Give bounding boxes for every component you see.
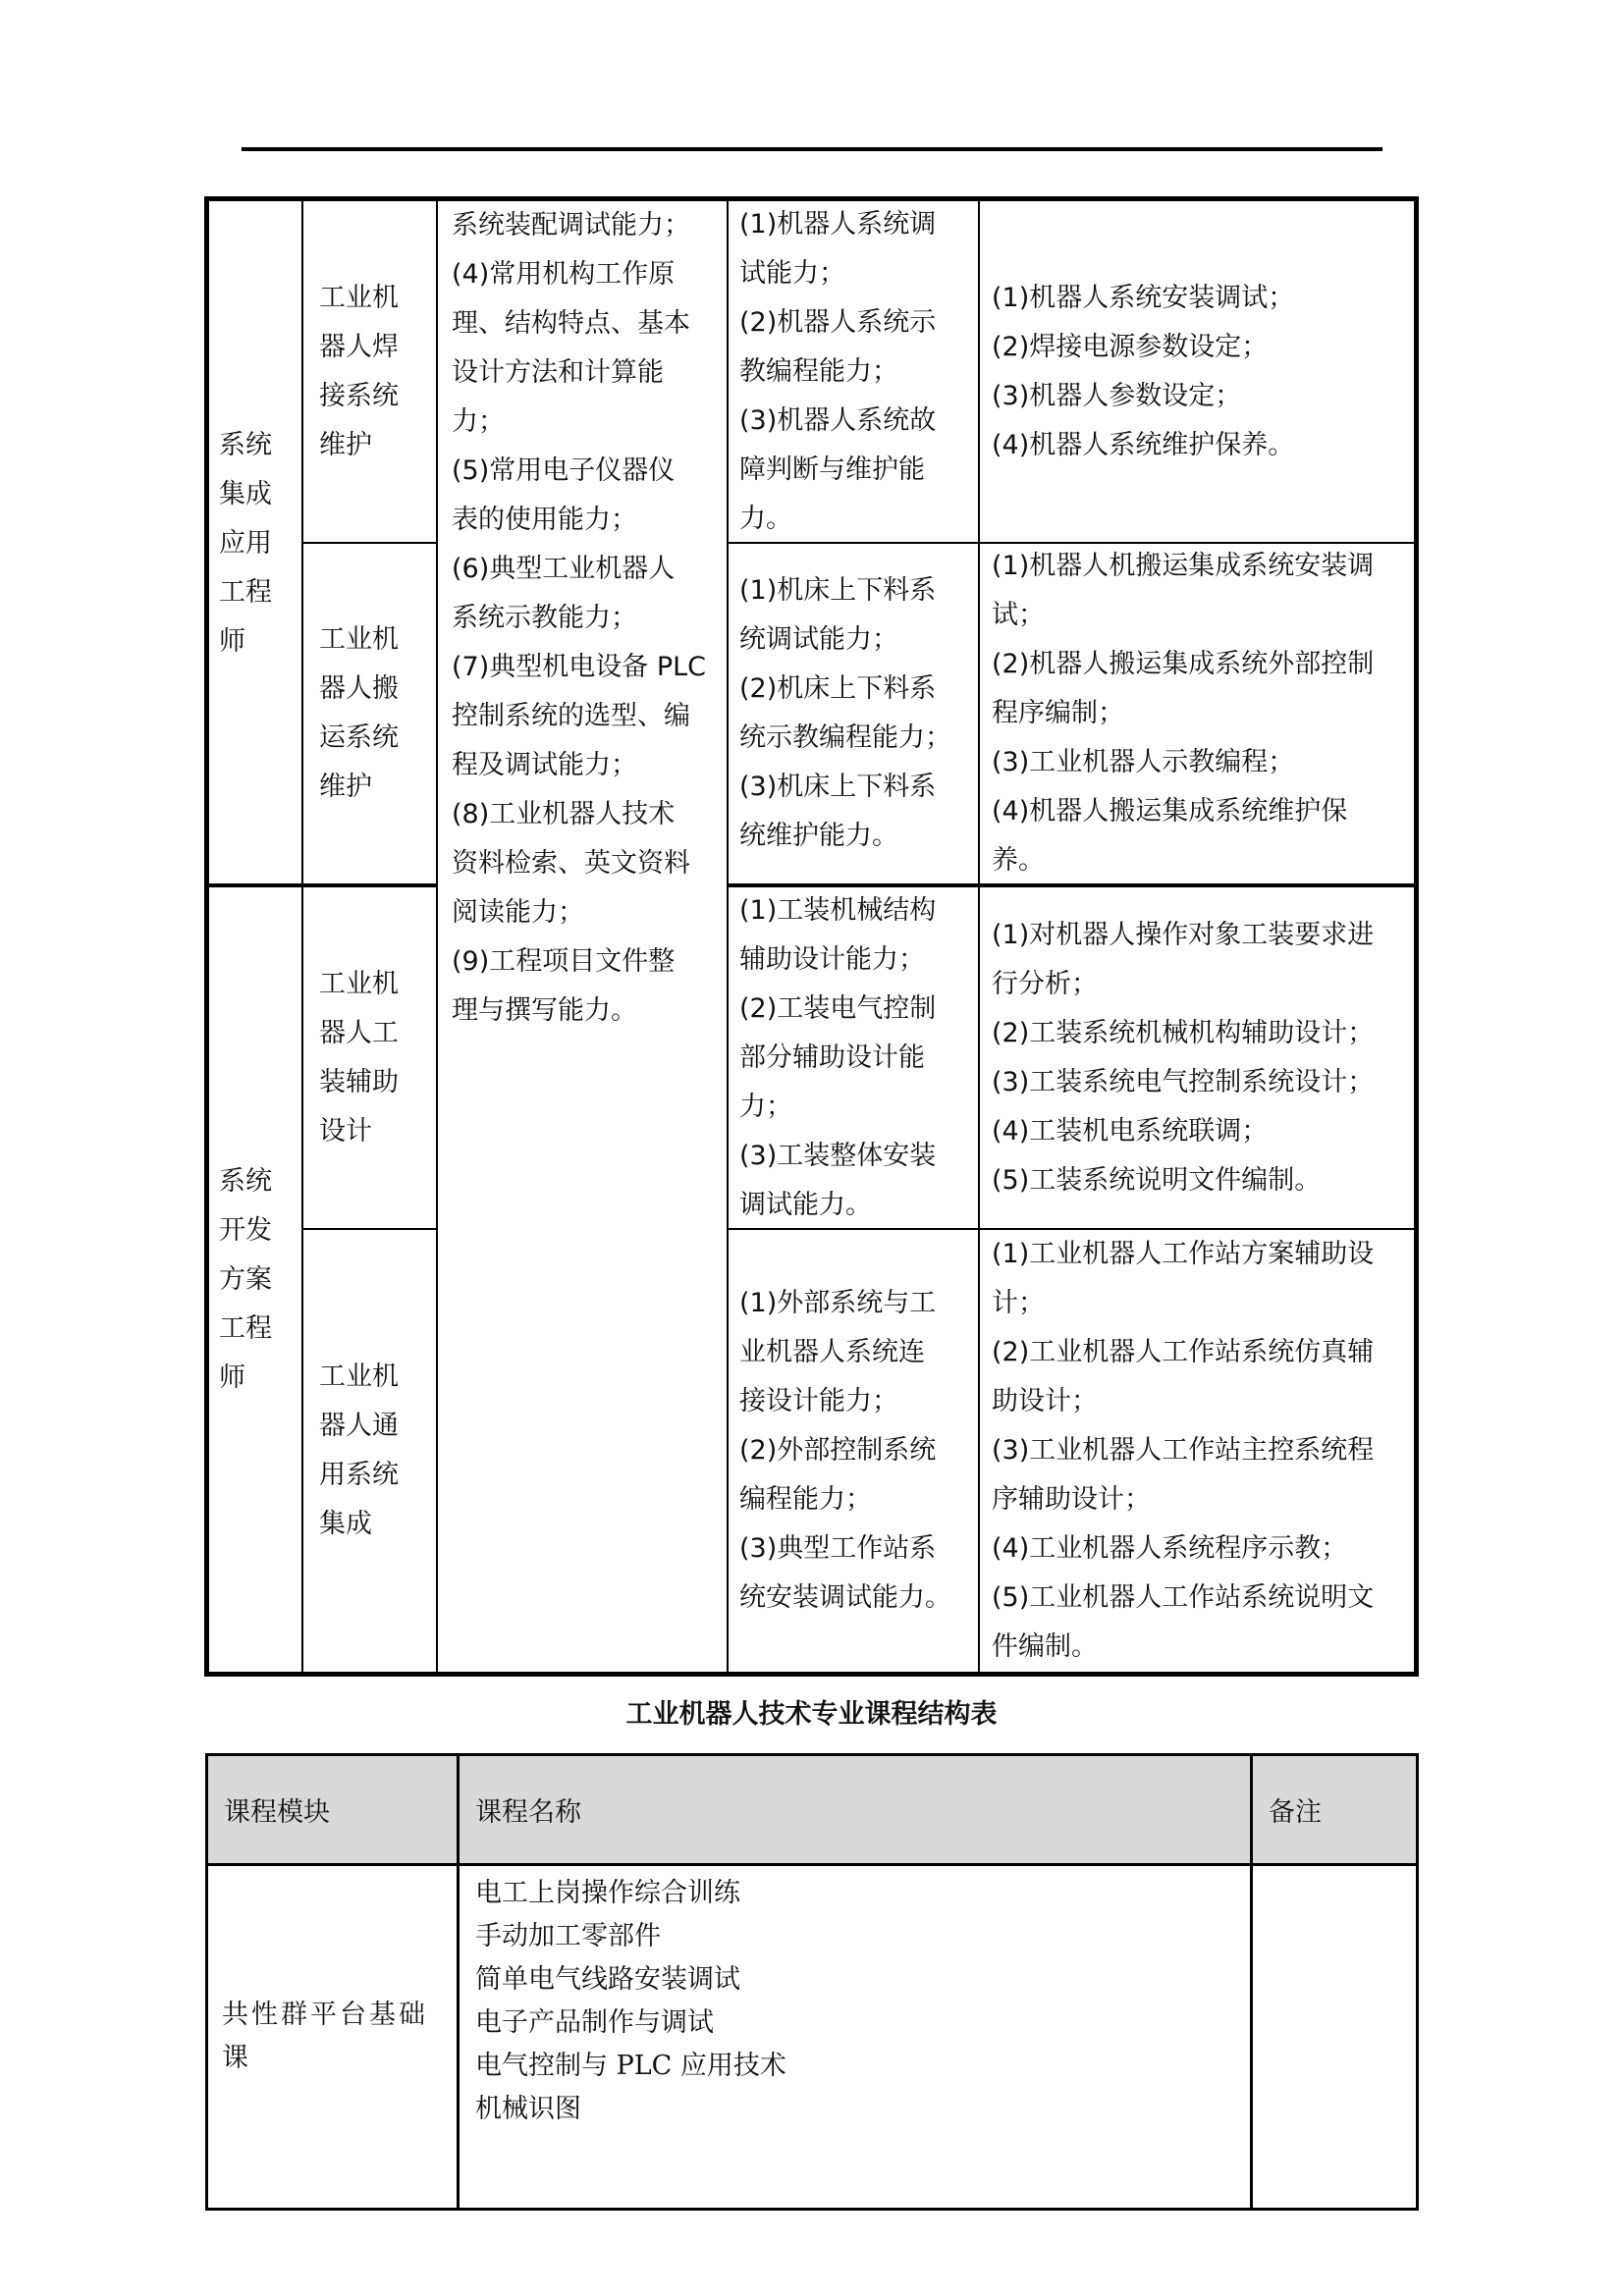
content-line: 件编制。	[992, 1623, 1414, 1672]
content-line: (5)工业机器人工作站系统说明文	[992, 1574, 1414, 1623]
content-line: (3)工装系统电气控制系统设计；	[992, 1058, 1414, 1107]
ability-line: 力。	[739, 495, 978, 544]
course-list: 电工上岗操作综合训练 手动加工零部件 简单电气线路安装调试 电子产品制作与调试 …	[475, 1872, 1241, 2131]
ability-line: 统维护能力。	[739, 812, 978, 861]
ability-line: 教编程能力；	[739, 347, 978, 397]
task-content-cell: (1)对机器人操作对象工装要求进 行分析； (2)工装系统机械机构辅助设计； (…	[992, 887, 1414, 1228]
task-name-line: 器人通	[319, 1402, 435, 1451]
content-line: (1)工业机器人工作站方案辅助设	[992, 1230, 1414, 1279]
role-line: 系统	[219, 1157, 301, 1206]
role-line: 应用	[219, 519, 301, 568]
ability-line: (1)外部系统与工	[739, 1279, 978, 1328]
task-name-line: 集成	[319, 1500, 435, 1549]
content-line: (4)工装机电系统联调；	[992, 1107, 1414, 1156]
ability-line: 设计方法和计算能	[452, 348, 727, 398]
content-line: (3)机器人参数设定；	[992, 372, 1414, 421]
ability-line: 力；	[452, 398, 727, 447]
content-line: (1)对机器人操作对象工装要求进	[992, 911, 1414, 960]
course-item: 电气控制与 PLC 应用技术	[475, 2045, 1241, 2088]
ability-line: 理与撰写能力。	[452, 987, 727, 1036]
ability-line: 统示教编程能力；	[739, 714, 978, 763]
course-item: 电子产品制作与调试	[475, 2002, 1241, 2045]
content-line: (4)工业机器人系统程序示教；	[992, 1524, 1414, 1574]
ability-line: (2)机床上下料系	[739, 665, 978, 714]
task-content-cell: (1)机器人系统安装调试； (2)焊接电源参数设定； (3)机器人参数设定； (…	[992, 201, 1414, 542]
ability-line: 辅助设计能力；	[739, 935, 978, 985]
col-divider-1	[301, 201, 303, 1672]
col-divider-2	[436, 201, 438, 1672]
course-structure-table: 课程模块 课程名称 备注 共性群平台基础 课 电工上岗操作综合训练 手动加工零部…	[205, 1753, 1419, 2211]
content-line: (4)机器人搬运集成系统维护保	[992, 787, 1414, 836]
role-line: 工程	[219, 568, 301, 617]
ability-line: (1)工装机械结构	[739, 886, 978, 935]
content-line: (3)工业机器人示教编程；	[992, 738, 1414, 787]
job-ability-table: 系统 集成 应用 工程 师 工业机 器人焊 接系统 维护 工业机 器人搬 运系统…	[204, 196, 1419, 1677]
ability-line: 调试能力。	[739, 1181, 978, 1230]
ability-line: 程及调试能力；	[452, 741, 727, 790]
content-line: (4)机器人系统维护保养。	[992, 421, 1414, 470]
col-divider-4	[978, 201, 980, 1672]
role-line: 工程	[219, 1305, 301, 1354]
ability-line: 部分辅助设计能	[739, 1034, 978, 1083]
ability-line: 理、结构特点、基本	[452, 299, 727, 348]
task-name-line: 工业机	[319, 960, 435, 1009]
header-course-name: 课程名称	[460, 1756, 1250, 1863]
course-item: 手动加工零部件	[475, 1915, 1241, 1958]
ability-line: (4)常用机构工作原	[452, 250, 727, 299]
role-line: 师	[219, 617, 301, 667]
ability-line: (2)工装电气控制	[739, 985, 978, 1034]
ability-line: 试能力；	[739, 249, 978, 298]
ability-line: (3)机器人系统故	[739, 397, 978, 446]
ability-line: (5)常用电子仪器仪	[452, 447, 727, 496]
ability-line: 系统装配调试能力；	[452, 201, 727, 250]
header-note: 备注	[1253, 1756, 1416, 1863]
ability-line: 编程能力；	[739, 1475, 978, 1524]
col-divider-3	[727, 201, 729, 1672]
ability-line: 接设计能力；	[739, 1377, 978, 1426]
ability-line: (2)外部控制系统	[739, 1426, 978, 1475]
ability-line: (3)工装整体安装	[739, 1132, 978, 1181]
ability-line: (8)工业机器人技术	[452, 790, 727, 839]
content-line: (1)机器人机搬运集成系统安装调	[992, 542, 1414, 591]
ability-line: 资料检索、英文资料	[452, 839, 727, 888]
task-name-cell: 工业机 器人工 装辅助 设计	[319, 887, 435, 1228]
ability-line: (3)机床上下料系	[739, 763, 978, 812]
ability-line: (1)机床上下料系	[739, 566, 978, 615]
task-name-line: 工业机	[319, 274, 435, 323]
ability-line: (3)典型工作站系	[739, 1524, 978, 1574]
content-line: (3)工业机器人工作站主控系统程	[992, 1426, 1414, 1475]
ability-line: 表的使用能力；	[452, 496, 727, 545]
ability-line: (9)工程项目文件整	[452, 937, 727, 987]
course-item: 机械识图	[475, 2088, 1241, 2131]
content-line: (2)工业机器人工作站系统仿真辅	[992, 1328, 1414, 1377]
task-name-line: 用系统	[319, 1451, 435, 1500]
module-cell: 共性群平台基础 课	[222, 1866, 454, 2208]
content-line: 计；	[992, 1279, 1414, 1328]
module-line: 课	[222, 2037, 454, 2080]
ability-line: (2)机器人系统示	[739, 298, 978, 347]
task-name-cell: 工业机 器人搬 运系统 维护	[319, 544, 435, 883]
course-item: 简单电气线路安装调试	[475, 1958, 1241, 2002]
header-course-module: 课程模块	[208, 1756, 457, 1863]
ability-line: 统安装调试能力。	[739, 1574, 978, 1623]
ability-line: 控制系统的选型、编	[452, 692, 727, 741]
task-name-line: 装辅助	[319, 1058, 435, 1107]
task-ability-cell: (1)机器人系统调 试能力； (2)机器人系统示 教编程能力； (3)机器人系统…	[739, 201, 978, 542]
course-item: 电工上岗操作综合训练	[475, 1872, 1241, 1915]
role-cell: 系统 集成 应用 工程 师	[219, 201, 301, 885]
ability-line: 统调试能力；	[739, 615, 978, 665]
ability-line: (1)机器人系统调	[739, 200, 978, 249]
task-ability-cell: (1)机床上下料系 统调试能力； (2)机床上下料系 统示教编程能力； (3)机…	[739, 544, 978, 883]
task-name-line: 设计	[319, 1107, 435, 1156]
task-name-line: 器人搬	[319, 665, 435, 714]
task-name-line: 工业机	[319, 1353, 435, 1402]
task-content-cell: (1)工业机器人工作站方案辅助设 计； (2)工业机器人工作站系统仿真辅 助设计…	[992, 1230, 1414, 1672]
note-cell	[1253, 1866, 1416, 2208]
role-cell: 系统 开发 方案 工程 师	[219, 887, 301, 1672]
page-header-rule	[242, 147, 1382, 151]
task-ability-cell: (1)工装机械结构 辅助设计能力； (2)工装电气控制 部分辅助设计能 力； (…	[739, 887, 978, 1228]
task-name-cell: 工业机 器人通 用系统 集成	[319, 1230, 435, 1672]
role-line: 方案	[219, 1255, 301, 1305]
role-line: 师	[219, 1354, 301, 1403]
content-line: 程序编制；	[992, 689, 1414, 738]
content-line: 试；	[992, 591, 1414, 640]
ability-line: 阅读能力；	[452, 888, 727, 937]
ability-line: 系统示教能力；	[452, 594, 727, 643]
ability-line: 业机器人系统连	[739, 1328, 978, 1377]
content-line: (5)工装系统说明文件编制。	[992, 1156, 1414, 1205]
ability-line: 力；	[739, 1083, 978, 1132]
task-name-line: 运系统	[319, 714, 435, 763]
content-line: 行分析；	[992, 960, 1414, 1009]
task-name-line: 维护	[319, 421, 435, 470]
content-line: 助设计；	[992, 1377, 1414, 1426]
content-line: 序辅助设计；	[992, 1475, 1414, 1524]
ability-line: (7)典型机电设备 PLC	[452, 643, 727, 692]
role-line: 开发	[219, 1206, 301, 1255]
ability-line: (6)典型工业机器人	[452, 545, 727, 594]
task-name-cell: 工业机 器人焊 接系统 维护	[319, 201, 435, 542]
content-line: 养。	[992, 836, 1414, 885]
role-line: 系统	[219, 421, 301, 470]
content-line: (2)机器人搬运集成系统外部控制	[992, 640, 1414, 689]
content-line: (1)机器人系统安装调试；	[992, 274, 1414, 323]
task-ability-cell: (1)外部系统与工 业机器人系统连 接设计能力； (2)外部控制系统 编程能力；…	[739, 1230, 978, 1672]
module-line: 共性群平台基础	[222, 1994, 454, 2037]
task-name-line: 接系统	[319, 372, 435, 421]
task-name-line: 器人工	[319, 1009, 435, 1058]
task-content-cell: (1)机器人机搬运集成系统安装调 试； (2)机器人搬运集成系统外部控制 程序编…	[992, 544, 1414, 883]
role-line: 集成	[219, 470, 301, 519]
ability-line: 障判断与维护能	[739, 446, 978, 495]
task-name-line: 维护	[319, 763, 435, 812]
content-line: (2)焊接电源参数设定；	[992, 323, 1414, 372]
general-ability-cell: 系统装配调试能力； (4)常用机构工作原 理、结构特点、基本 设计方法和计算能 …	[452, 201, 727, 1036]
task-name-line: 器人焊	[319, 323, 435, 372]
course-structure-title: 工业机器人技术专业课程结构表	[204, 1693, 1419, 1736]
content-line: (2)工装系统机械机构辅助设计；	[992, 1009, 1414, 1058]
task-name-line: 工业机	[319, 615, 435, 665]
